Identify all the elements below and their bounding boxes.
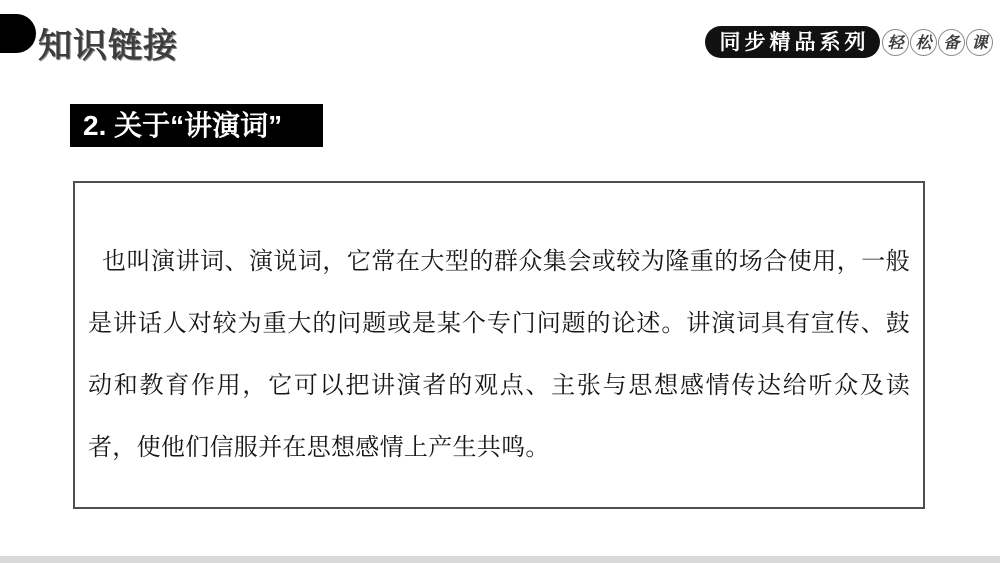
brand-seal: 备 <box>938 29 965 56</box>
brand-badge: 同步精品系列 <box>705 26 880 58</box>
body-paragraph: 也叫演讲词、演说词，它常在大型的群众集会或较为隆重的场合使用，一般是讲话人对较为… <box>88 231 910 479</box>
brand-seal-group: 轻 松 备 课 <box>882 29 993 56</box>
brand-seal: 松 <box>910 29 937 56</box>
content-box: 也叫演讲词、演说词，它常在大型的群众集会或较为隆重的场合使用，一般是讲话人对较为… <box>73 181 925 509</box>
brand-seal: 课 <box>966 29 993 56</box>
bottom-strip-decoration <box>0 556 1000 563</box>
brand-seal: 轻 <box>882 29 909 56</box>
section-title: 知识链接 <box>38 18 178 67</box>
slide-heading-bar: 2. 关于“讲演词” <box>70 104 323 147</box>
presentation-slide: 知识链接 同步精品系列 轻 松 备 课 2. 关于“讲演词” 也叫演讲词、演说词… <box>0 0 1000 563</box>
corner-pill-decoration <box>0 14 36 53</box>
